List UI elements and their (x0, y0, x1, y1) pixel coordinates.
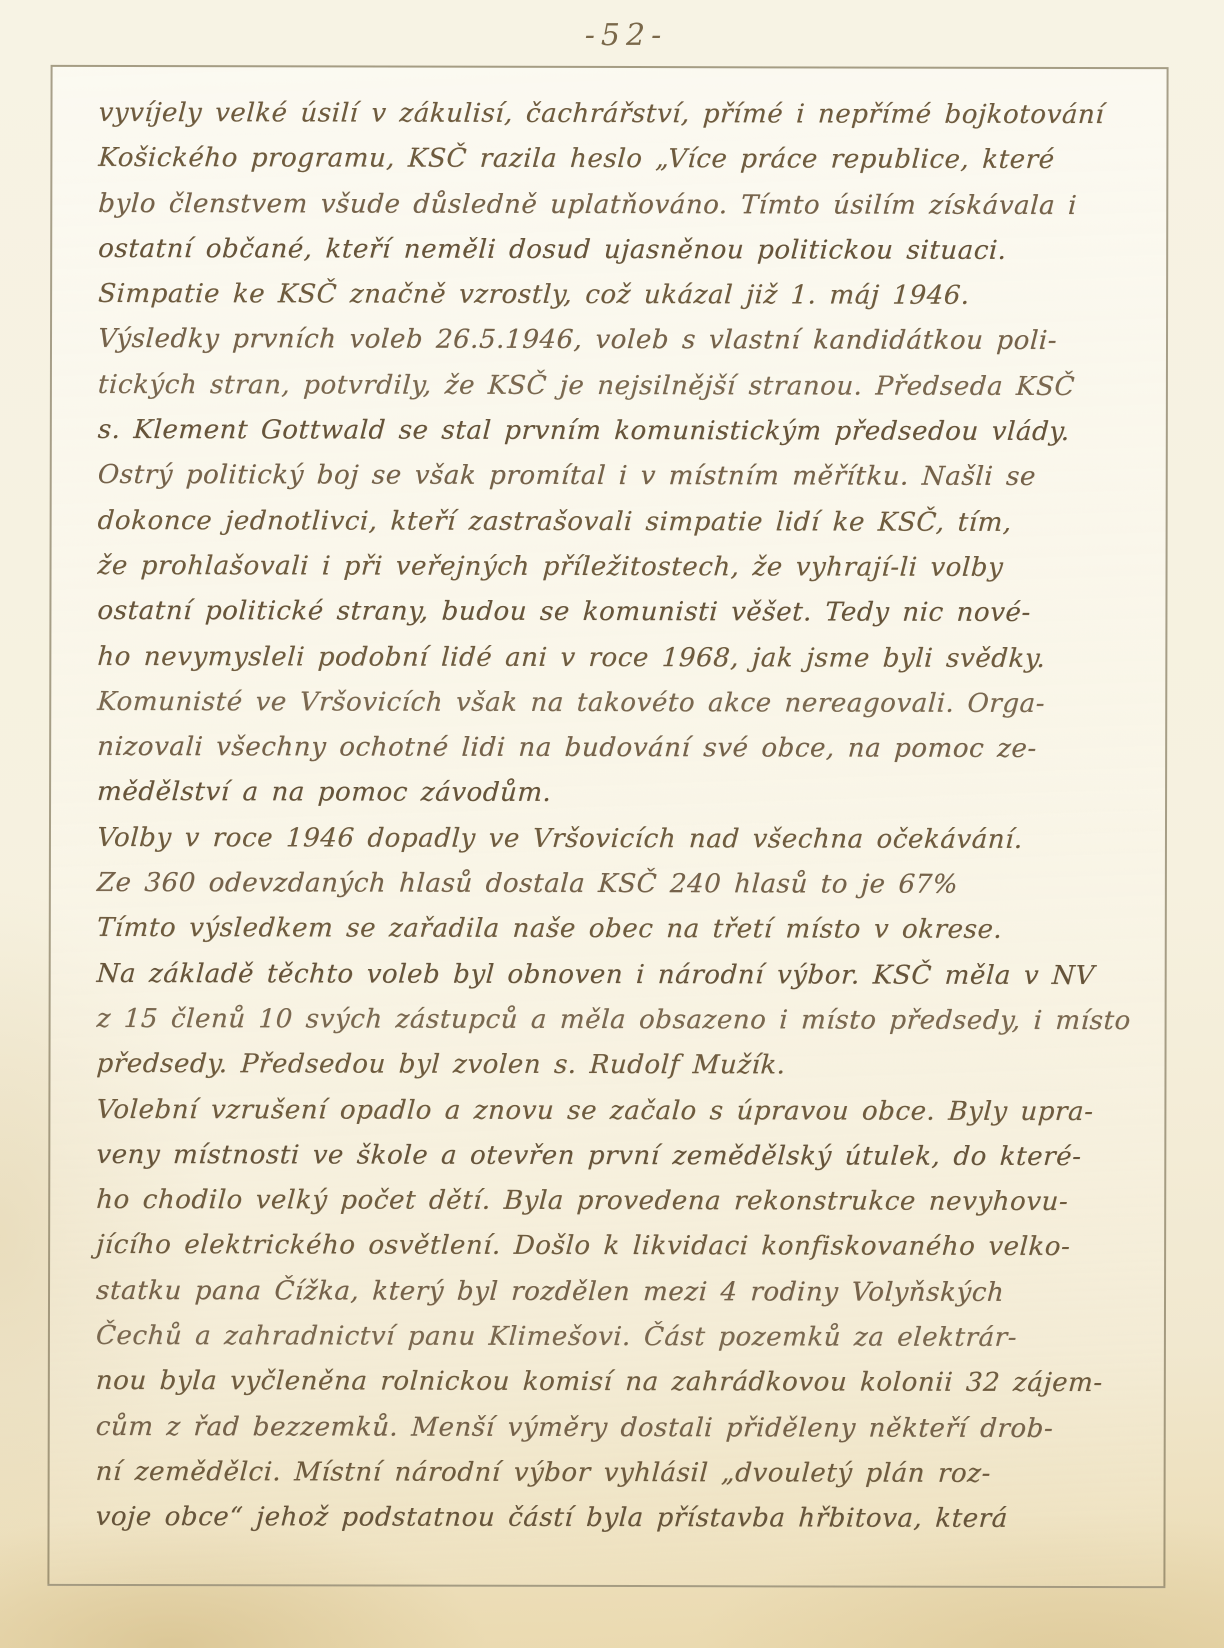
handwritten-line: Ostrý politický boj se však promítal i v… (96, 453, 1148, 500)
handwritten-line: dokonce jednotlivci, kteří zastrašovali … (96, 499, 1148, 546)
handwritten-line: Košického programu, KSČ razila heslo „Ví… (97, 136, 1149, 183)
handwritten-line: nou byla vyčleněna rolnickou komisí na z… (95, 1359, 1147, 1406)
handwritten-line: cům z řad bezzemků. Menší výměry dostali… (95, 1405, 1147, 1452)
handwritten-line: ostatní občané, kteří neměli dosud ujasn… (97, 227, 1149, 274)
handwritten-line: nizovali všechny ochotné lidi na budován… (96, 725, 1148, 772)
handwritten-line: Čechů a zahradnictví panu Klimešovi. Čás… (95, 1314, 1147, 1361)
handwritten-line: bylo členstvem všude důsledně uplatňován… (97, 182, 1149, 229)
handwritten-line: Volby v roce 1946 dopadly ve Vršovicích … (96, 816, 1148, 863)
handwritten-line: ní zemědělci. Místní národní výbor vyhlá… (94, 1450, 1146, 1497)
handwritten-line: předsedy. Předsedou byl zvolen s. Rudolf… (95, 1042, 1147, 1089)
handwritten-line: Výsledky prvních voleb 26.5.1946, voleb … (97, 317, 1149, 364)
handwritten-line: Tímto výsledkem se zařadila naše obec na… (96, 906, 1148, 953)
handwritten-line: Ze 360 odevzdaných hlasů dostala KSČ 240… (96, 861, 1148, 908)
handwritten-line: Simpatie ke KSČ značně vzrostly, což uká… (97, 272, 1149, 319)
handwritten-line: tických stran, potvrdily, že KSČ je nejs… (97, 363, 1149, 410)
handwritten-line: z 15 členů 10 svých zástupců a měla obsa… (95, 997, 1147, 1044)
handwritten-line: vyvíjely velké úsilí v zákulisí, čachrář… (97, 91, 1149, 138)
handwritten-line: Volební vzrušení opadlo a znovu se začal… (95, 1087, 1147, 1134)
handwritten-line: Na základě těchto voleb byl obnoven i ná… (95, 952, 1147, 999)
handwritten-line: Komunisté ve Vršovicích však na takovéto… (96, 680, 1148, 727)
handwritten-line: ho chodilo velký počet dětí. Byla proved… (95, 1178, 1147, 1225)
page-number: -52- (14, 18, 1224, 53)
handwritten-line: mědělství a na pomoc závodům. (96, 770, 1148, 817)
handwritten-line: veny místnosti ve škole a otevřen první … (95, 1133, 1147, 1180)
handwritten-line: s. Klement Gottwald se stal prvním komun… (97, 408, 1149, 455)
document-frame: vyvíjely velké úsilí v zákulisí, čachrář… (47, 65, 1168, 1588)
handwritten-text-block: vyvíjely velké úsilí v zákulisí, čachrář… (95, 91, 1148, 1586)
handwritten-line: ho nevymysleli podobní lidé ani v roce 1… (96, 634, 1148, 681)
handwritten-line: ostatní politické strany, budou se komun… (96, 589, 1148, 636)
handwritten-line: že prohlašovali i při veřejných příležit… (96, 544, 1148, 591)
handwritten-line: voje obce“ jehož podstatnou částí byla p… (94, 1495, 1146, 1542)
handwritten-line: jícího elektrického osvětlení. Došlo k l… (95, 1223, 1147, 1270)
handwritten-line: statku pana Čížka, který byl rozdělen me… (95, 1269, 1147, 1316)
